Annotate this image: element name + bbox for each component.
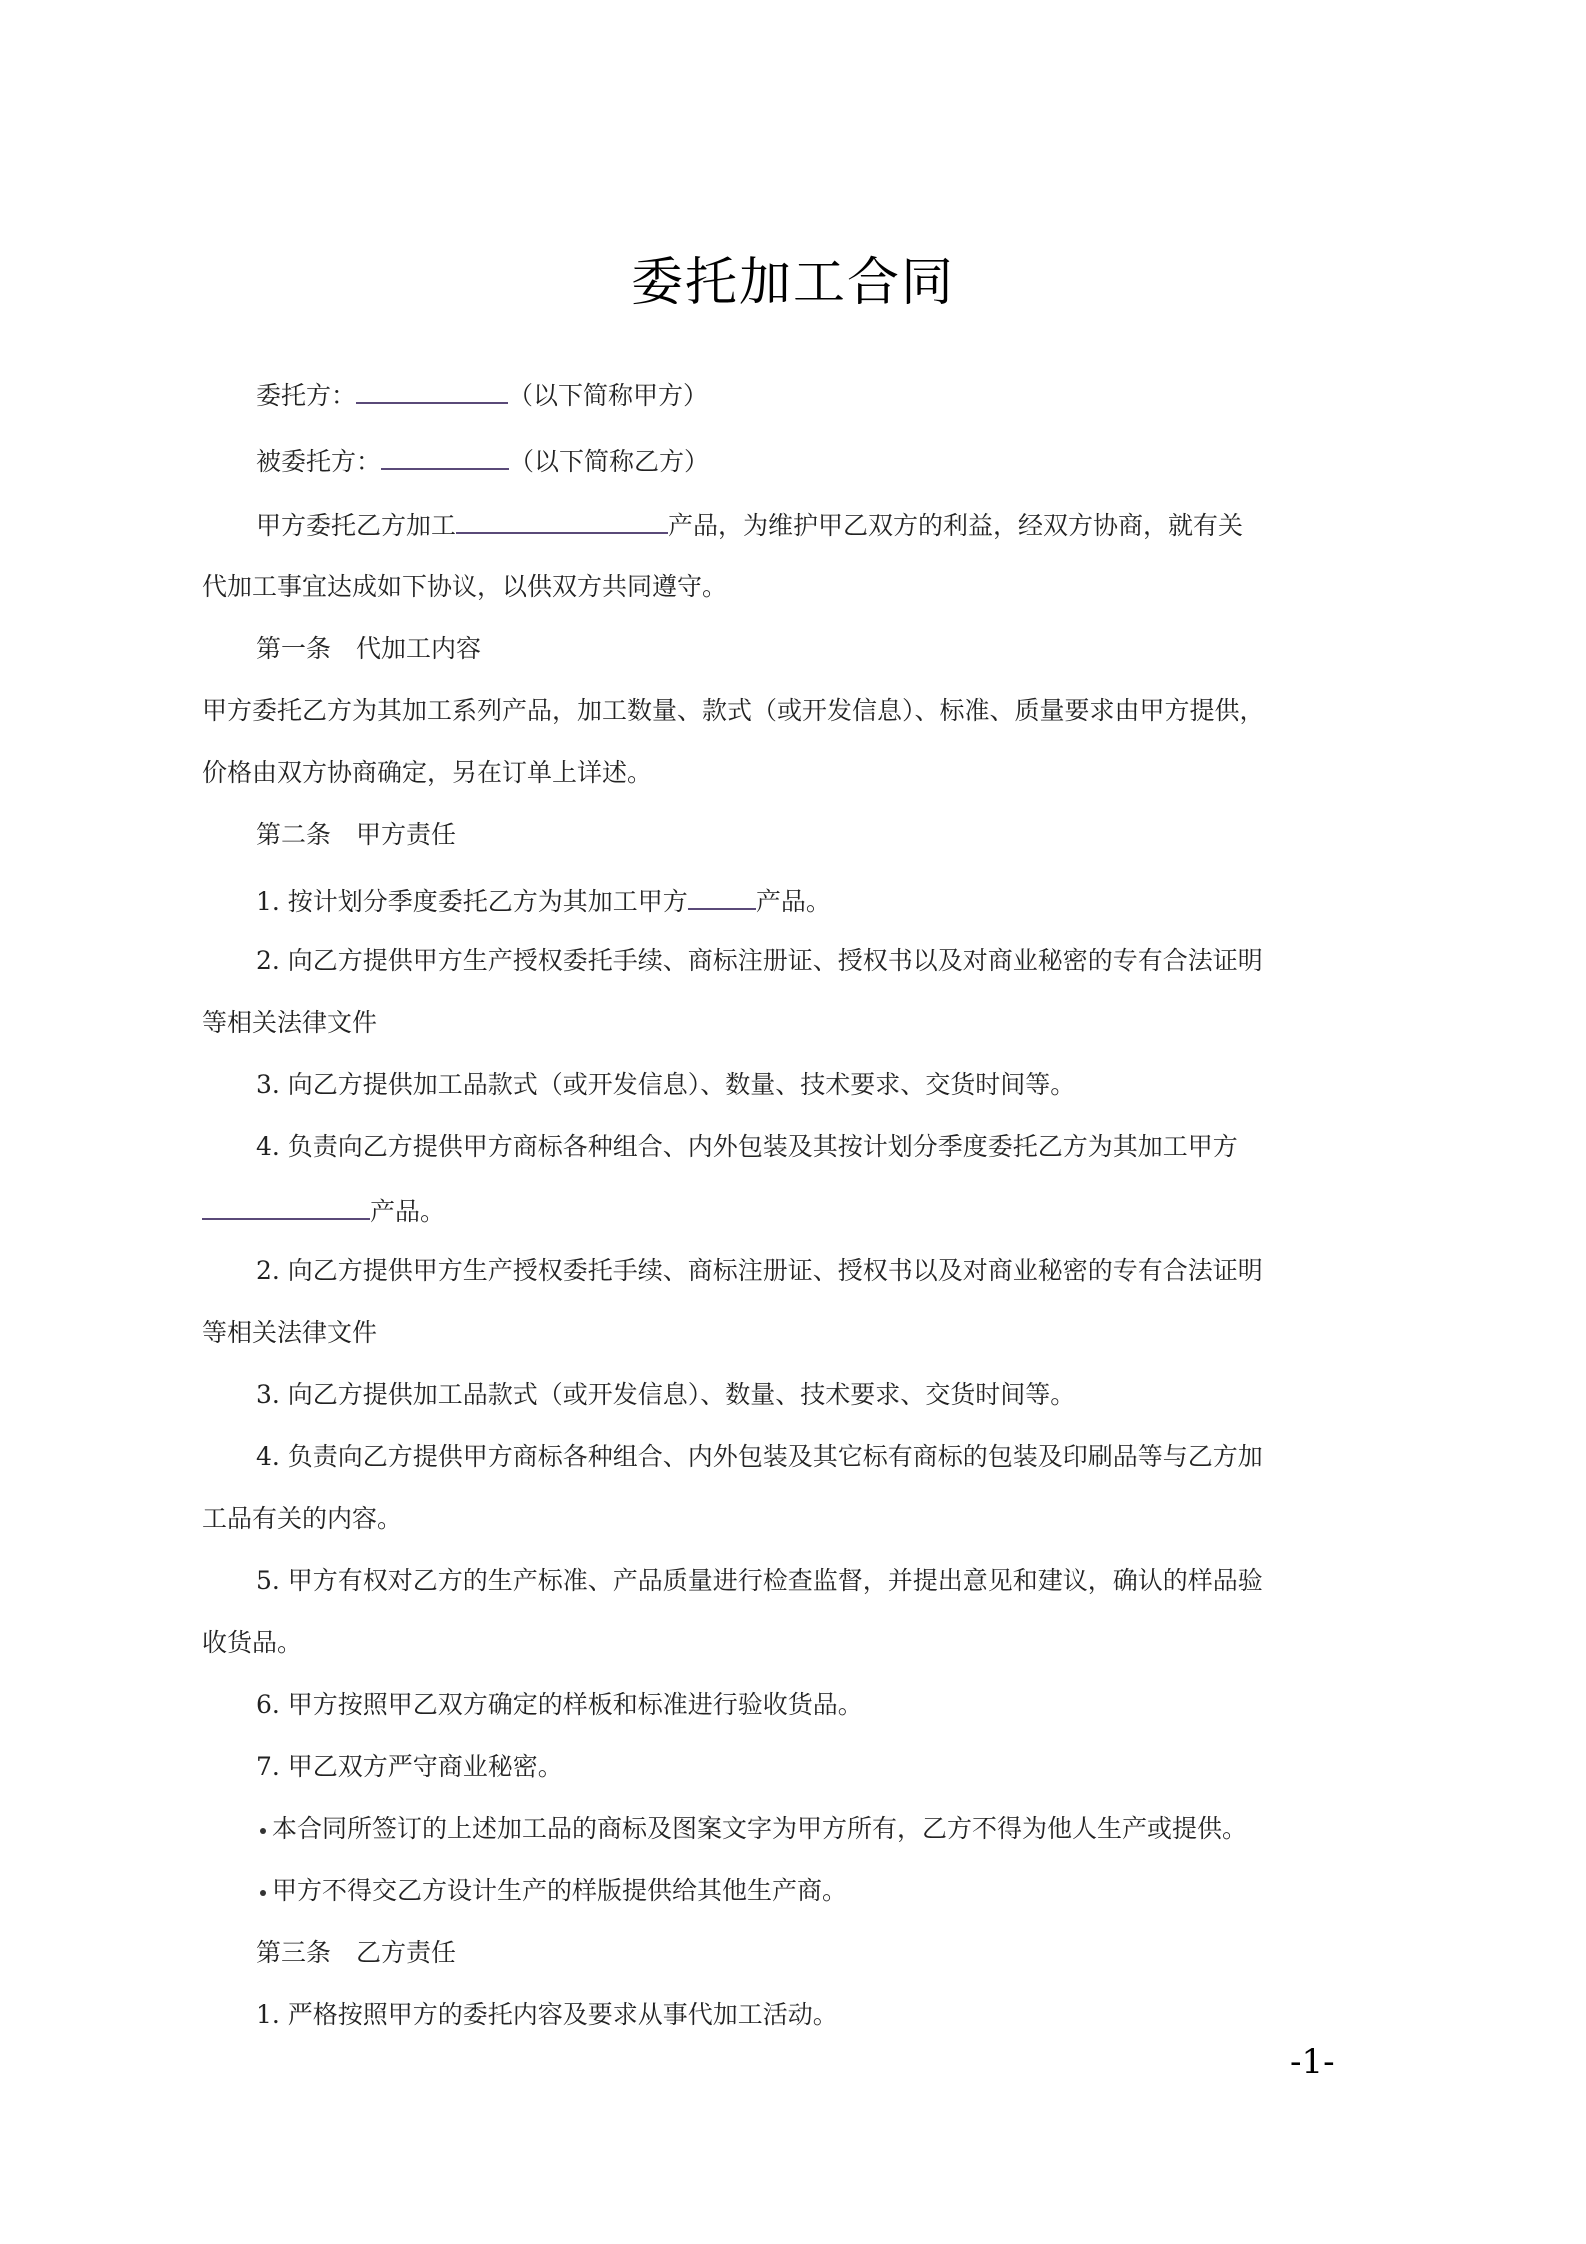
item-1-text-pre: 1. 按计划分季度委托乙方为其加工甲方 [256,887,688,916]
product-name-blank[interactable] [456,508,668,534]
article-2-item-7: 7. 甲乙双方严守商业秘密。 [256,1752,563,1782]
article-2-bullet-2: 甲方不得交乙方设计生产的样版提供给其他生产商。 [256,1876,847,1906]
client-suffix: （以下简称甲方） [508,381,708,410]
article-2-item-1: 1. 按计划分季度委托乙方为其加工甲方产品。 [256,884,831,917]
intro-text-post: 产品，为维护甲乙双方的利益，经双方协商，就有关 [668,511,1243,540]
article-2-item-2b-line-1: 2. 向乙方提供甲方生产授权委托手续、商标注册证、授权书以及对商业秘密的专有合法… [256,1256,1263,1286]
bullet-icon [260,1890,266,1896]
article-3-item-1: 1. 严格按照甲方的委托内容及要求从事代加工活动。 [256,2000,838,2030]
bullet-1-text: 本合同所签订的上述加工品的商标及图案文字为甲方所有，乙方不得为他人生产或提供。 [272,1814,1247,1843]
intro-line-2: 代加工事宜达成如下协议，以供双方共同遵守。 [202,572,727,602]
contractor-line: 被委托方：（以下简称乙方） [256,444,709,477]
intro-line-1: 甲方委托乙方加工产品，为维护甲乙双方的利益，经双方协商，就有关 [256,508,1243,541]
article-2-item-4a-line-1: 4. 负责向乙方提供甲方商标各种组合、内外包装及其按计划分季度委托乙方为其加工甲… [256,1132,1238,1162]
item-1-product-blank[interactable] [688,884,756,910]
item-4a-text-post: 产品。 [370,1197,445,1226]
article-1-heading: 第一条 代加工内容 [256,634,481,664]
item-4a-product-blank[interactable] [202,1194,370,1220]
bullet-2-text: 甲方不得交乙方设计生产的样版提供给其他生产商。 [272,1876,847,1905]
article-2-item-2b-line-2: 等相关法律文件 [202,1318,377,1348]
intro-text-pre: 甲方委托乙方加工 [256,511,456,540]
contractor-suffix: （以下简称乙方） [509,447,709,476]
bullet-icon [260,1828,266,1834]
article-1-line-1: 甲方委托乙方为其加工系列产品，加工数量、款式（或开发信息）、标准、质量要求由甲方… [202,696,1265,726]
article-2-bullet-1: 本合同所签订的上述加工品的商标及图案文字为甲方所有，乙方不得为他人生产或提供。 [256,1814,1247,1844]
article-2-item-2a-line-1: 2. 向乙方提供甲方生产授权委托手续、商标注册证、授权书以及对商业秘密的专有合法… [256,946,1263,976]
item-1-text-post: 产品。 [756,887,831,916]
contractor-label: 被委托方： [256,447,381,476]
article-2-item-5-line-2: 收货品。 [202,1628,302,1658]
article-3-heading: 第三条 乙方责任 [256,1938,456,1968]
client-line: 委托方：（以下简称甲方） [256,378,708,411]
article-2-item-4b-line-2: 工品有关的内容。 [202,1504,402,1534]
client-label: 委托方： [256,381,356,410]
article-2-item-4b-line-1: 4. 负责向乙方提供甲方商标各种组合、内外包装及其它标有商标的包装及印刷品等与乙… [256,1442,1263,1472]
contractor-name-blank[interactable] [381,444,509,470]
page-number: -1- [1290,2042,1335,2082]
document-page: 委托加工合同 委托方：（以下简称甲方） 被委托方：（以下简称乙方） 甲方委托乙方… [0,0,1586,2244]
article-2-item-6: 6. 甲方按照甲乙双方确定的样板和标准进行验收货品。 [256,1690,863,1720]
article-2-item-5-line-1: 5. 甲方有权对乙方的生产标准、产品质量进行检查监督，并提出意见和建议，确认的样… [256,1566,1263,1596]
client-name-blank[interactable] [356,378,508,404]
document-title: 委托加工合同 [0,240,1586,315]
article-2-heading: 第二条 甲方责任 [256,820,456,850]
article-2-item-2a-line-2: 等相关法律文件 [202,1008,377,1038]
article-1-line-2: 价格由双方协商确定，另在订单上详述。 [202,758,652,788]
article-2-item-4a-line-2: 产品。 [202,1194,445,1227]
article-2-item-3b: 3. 向乙方提供加工品款式（或开发信息）、数量、技术要求、交货时间等。 [256,1380,1075,1410]
article-2-item-3a: 3. 向乙方提供加工品款式（或开发信息）、数量、技术要求、交货时间等。 [256,1070,1075,1100]
